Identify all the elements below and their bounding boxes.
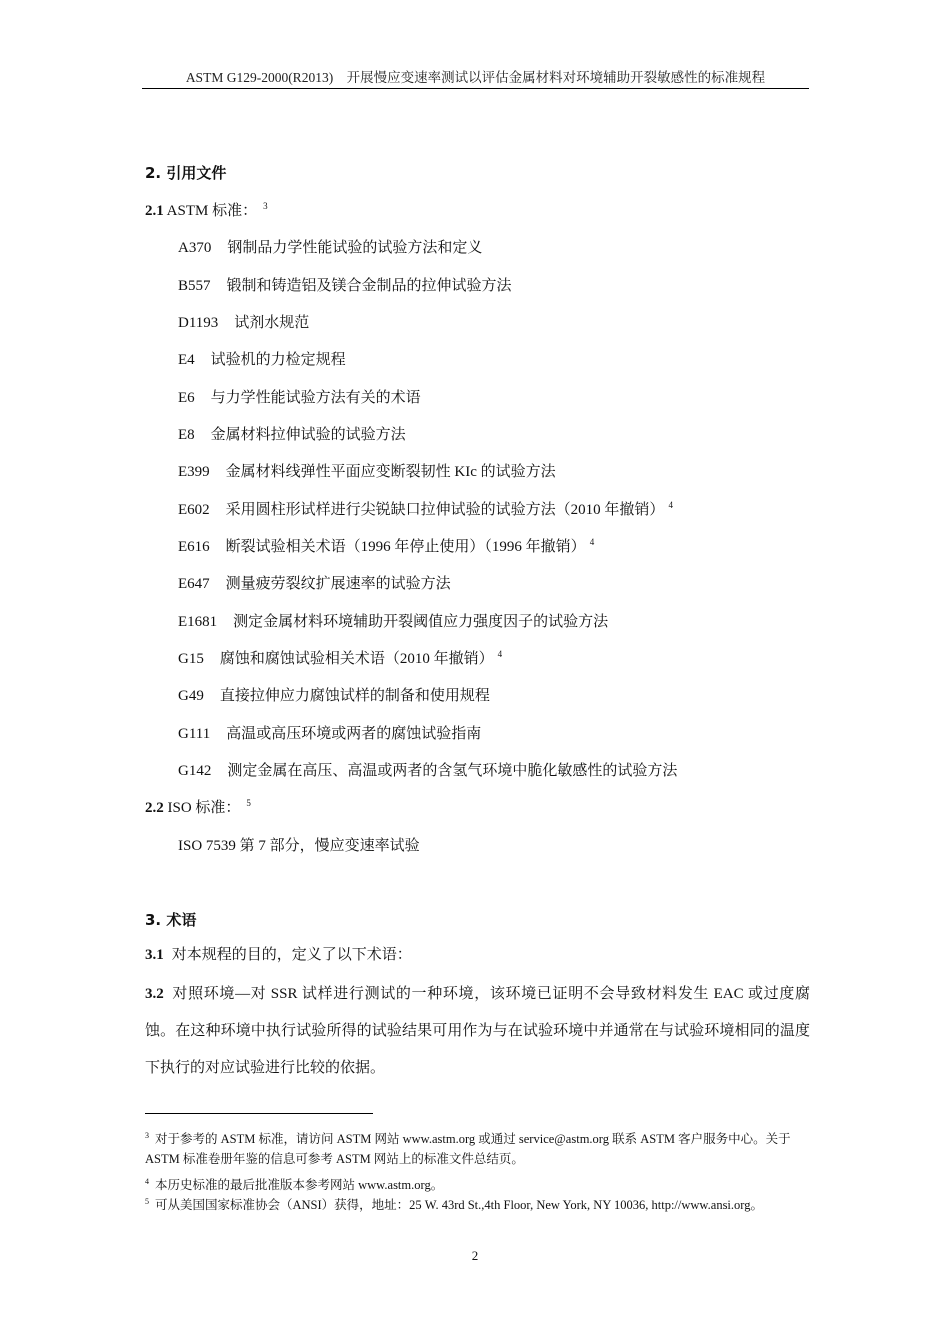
standard-title: 钢制品力学性能试验的试验方法和定义 [227, 240, 482, 256]
header-divider [142, 88, 809, 89]
standard-code: A370 [178, 240, 211, 256]
subsection-number: 2.1 [145, 203, 164, 219]
list-item: D1193试剂水规范 [178, 311, 309, 332]
subsection-label: ASTM 标准： [164, 203, 257, 219]
paragraph-3-1: 3.1对本规程的目的，定义了以下术语： [145, 937, 810, 974]
standard-code: E602 [178, 502, 210, 518]
footnote-divider [145, 1113, 373, 1114]
list-item: G15腐蚀和腐蚀试验相关术语（2010 年撤销）4 [178, 647, 502, 668]
footnote-text: 本历史标准的最后批准版本参考网站 www.astm.org。 [155, 1178, 443, 1192]
section-3-heading: 3. 术语 [145, 909, 196, 930]
standard-title: 试剂水规范 [234, 315, 309, 331]
footnote-5: 5可从美国国家标准协会（ANSI）获得，地址：25 W. 43rd St.,4t… [145, 1192, 810, 1215]
paragraph-text: 对照环境—对 SSR 试样进行测试的一种环境，该环境已证明不会导致材料发生 EA… [145, 986, 810, 1076]
standard-title: 直接拉伸应力腐蚀试样的制备和使用规程 [220, 688, 490, 704]
standard-title: 测定金属材料环境辅助开裂阈值应力强度因子的试验方法 [233, 614, 608, 630]
paragraph-number: 3.2 [145, 986, 164, 1002]
subsection-number: 2.2 [145, 800, 164, 816]
list-item: B557锻制和铸造铝及镁合金制品的拉伸试验方法 [178, 274, 512, 295]
standard-title: 腐蚀和腐蚀试验相关术语（2010 年撤销） [220, 651, 494, 667]
iso-list-item: ISO 7539 第 7 部分，慢应变速率试验 [178, 834, 420, 855]
footnote-ref: 5 [246, 798, 251, 808]
standard-code: E1681 [178, 614, 217, 630]
footnote-3: 3对于参考的 ASTM 标准，请访问 ASTM 网站 www.astm.org … [145, 1126, 810, 1169]
standard-code: G111 [178, 726, 210, 742]
footnote-mark: 3 [145, 1131, 149, 1140]
standard-code: E8 [178, 427, 195, 443]
subsection-label: ISO 标准： [164, 800, 241, 816]
list-item: G111高温或高压环境或两者的腐蚀试验指南 [178, 722, 481, 743]
footnote-mark: 4 [145, 1177, 149, 1186]
standard-code: G49 [178, 688, 204, 704]
subsection-2-2: 2.2 ISO 标准：5 [145, 796, 251, 817]
standard-title: 金属材料线弹性平面应变断裂韧性 KIc 的试验方法 [226, 464, 556, 480]
standard-code: E647 [178, 576, 210, 592]
standard-code: G15 [178, 651, 204, 667]
standard-title: 高温或高压环境或两者的腐蚀试验指南 [226, 726, 481, 742]
footnote-mark: 5 [145, 1197, 149, 1206]
standard-code: G142 [178, 763, 211, 779]
footnote-ref: 4 [498, 649, 503, 659]
standard-title: 金属材料拉伸试验的试验方法 [211, 427, 406, 443]
list-item: A370钢制品力学性能试验的试验方法和定义 [178, 236, 482, 257]
list-item: E4试验机的力检定规程 [178, 348, 346, 369]
running-header: ASTM G129-2000(R2013) 开展慢应变速率测试以评估金属材料对环… [142, 66, 809, 86]
list-item: E616断裂试验相关术语（1996 年停止使用）（1996 年撤销）4 [178, 535, 594, 556]
standard-code: E399 [178, 464, 210, 480]
standard-code: B557 [178, 278, 211, 294]
section-2-heading: 2. 引用文件 [145, 162, 226, 183]
list-item: G49直接拉伸应力腐蚀试样的制备和使用规程 [178, 684, 490, 705]
footnote-text: 对于参考的 ASTM 标准，请访问 ASTM 网站 www.astm.org 或… [145, 1132, 791, 1166]
standard-title: 试验机的力检定规程 [211, 352, 346, 368]
footnote-text: 可从美国国家标准协会（ANSI）获得，地址：25 W. 43rd St.,4th… [155, 1198, 763, 1212]
list-item: E602采用圆柱形试样进行尖锐缺口拉伸试验的试验方法（2010 年撤销）4 [178, 498, 673, 519]
list-item: G142测定金属在高压、高温或两者的含氢气环境中脆化敏感性的试验方法 [178, 759, 677, 780]
standard-title: 采用圆柱形试样进行尖锐缺口拉伸试验的试验方法（2010 年撤销） [226, 502, 665, 518]
standard-title: 断裂试验相关术语（1996 年停止使用）（1996 年撤销） [226, 539, 586, 555]
standard-code: E4 [178, 352, 195, 368]
list-item: E399金属材料线弹性平面应变断裂韧性 KIc 的试验方法 [178, 460, 556, 481]
list-item: E647测量疲劳裂纹扩展速率的试验方法 [178, 572, 451, 593]
footnote-ref: 4 [590, 537, 595, 547]
subsection-2-1: 2.1 ASTM 标准：3 [145, 199, 268, 220]
paragraph-number: 3.1 [145, 947, 164, 963]
standard-code: E616 [178, 539, 210, 555]
list-item: E6与力学性能试验方法有关的术语 [178, 386, 421, 407]
list-item: E1681测定金属材料环境辅助开裂阈值应力强度因子的试验方法 [178, 610, 608, 631]
list-item: E8金属材料拉伸试验的试验方法 [178, 423, 406, 444]
paragraph-text: 对本规程的目的，定义了以下术语： [172, 947, 412, 963]
standard-code: E6 [178, 390, 195, 406]
standard-title: 测定金属在高压、高温或两者的含氢气环境中脆化敏感性的试验方法 [227, 763, 677, 779]
standard-title: 与力学性能试验方法有关的术语 [211, 390, 421, 406]
page-number: 2 [0, 1248, 950, 1264]
footnote-ref: 3 [263, 201, 268, 211]
footnote-ref: 4 [668, 500, 673, 510]
standard-title: 测量疲劳裂纹扩展速率的试验方法 [226, 576, 451, 592]
paragraph-3-2: 3.2对照环境—对 SSR 试样进行测试的一种环境，该环境已证明不会导致材料发生… [145, 976, 810, 1087]
standard-title: 锻制和铸造铝及镁合金制品的拉伸试验方法 [227, 278, 512, 294]
standard-code: D1193 [178, 315, 218, 331]
